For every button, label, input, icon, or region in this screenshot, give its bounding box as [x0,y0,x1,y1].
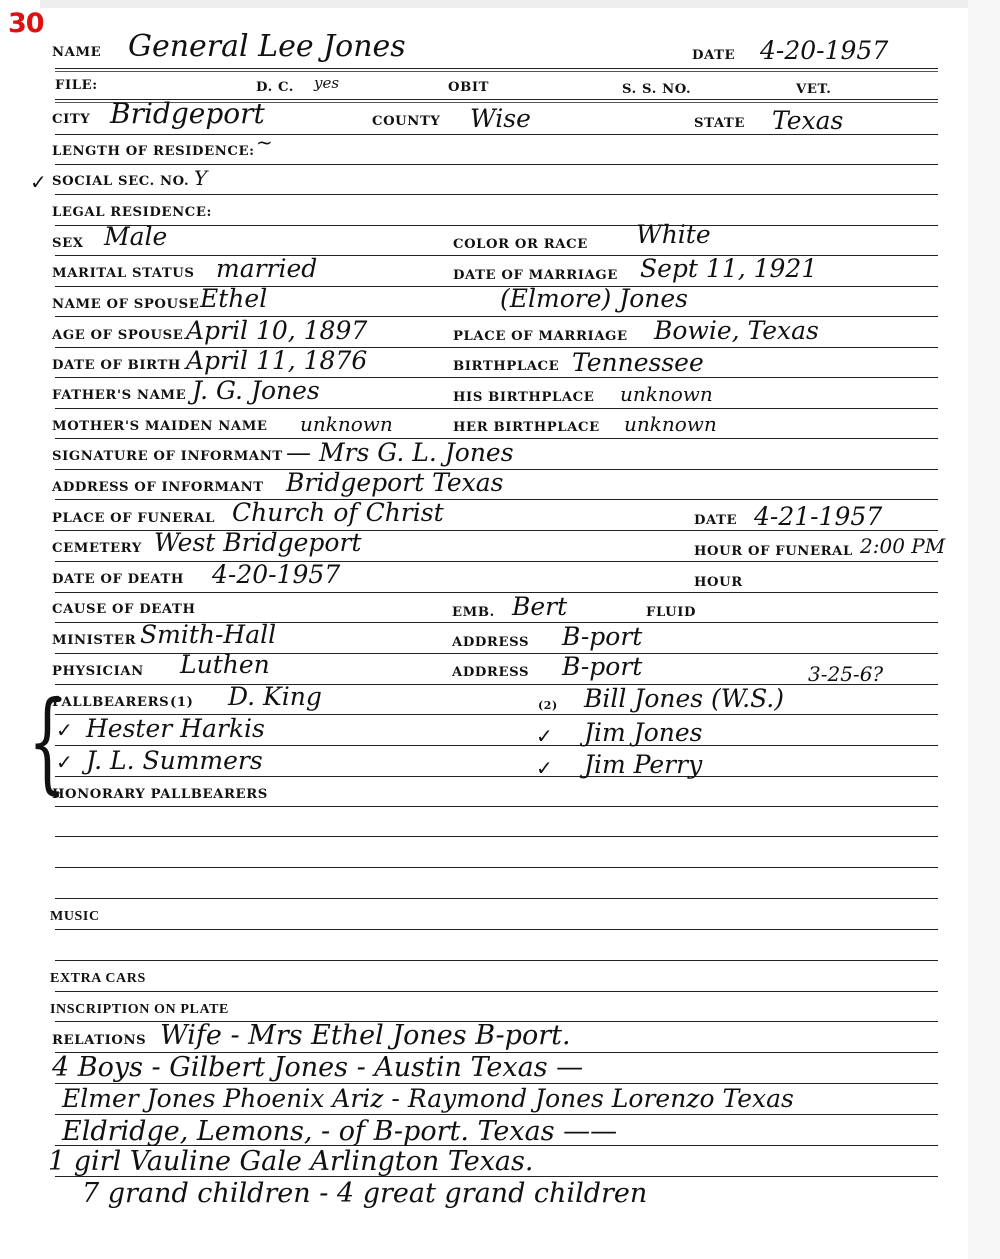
signature-of-informant-value: — Mrs G. L. Jones [286,440,514,465]
cause-of-death-label: CAUSE OF DEATH [52,602,196,617]
date-of-marriage-value: Sept 11, 1921 [640,256,817,281]
dc-value: yes [314,76,339,91]
obit-label: OBIT [448,80,489,95]
date-label: DATE [692,48,735,63]
inscription-on-plate-label: INSCRIPTION ON PLATE [50,1002,229,1018]
county-value: Wise [470,106,531,131]
minister-label: MINISTER [52,633,136,648]
pallbearer-name: Jim Jones [584,720,702,745]
form-line [55,898,938,899]
honorary-pallbearers-label: HONORARY PALLBEARERS [52,787,268,802]
relations-line: 1 girl Vauline Gale Arlington Texas. [48,1148,533,1175]
form-line [55,286,938,287]
age-of-spouse-value: April 10, 1897 [186,318,367,343]
form-line [55,194,938,195]
name-of-spouse-value: Ethel [200,286,267,311]
minister-value: Smith-Hall [140,622,276,647]
form-line [55,991,938,992]
form-line [55,776,938,777]
hour-label: HOUR [694,575,743,590]
date-of-marriage-label: DATE OF MARRIAGE [453,268,618,283]
pallbearer-name: J. L. Summers [86,748,263,773]
minister-address-value: B-port [562,624,642,649]
length-of-residence-label: LENGTH OF RESIDENCE: [52,144,255,159]
form-line [55,408,938,409]
fathers-name-label: FATHER'S NAME [52,388,186,403]
date-of-death-value: 4-20-1957 [212,562,340,587]
birthplace-label: BIRTHPLACE [453,359,559,374]
scan-edge-margin [968,0,1000,1259]
relations-line: Elmer Jones Phoenix Ariz - Raymond Jones… [62,1086,794,1111]
funeral-record-card: 30 NAME General Lee Jones DATE 4-20-1957… [0,0,1000,1259]
date-of-death-label: DATE OF DEATH [52,572,184,587]
check-mark-icon: ✓ [536,724,553,748]
address-of-informant-label: ADDRESS OF INFORMANT [52,480,264,495]
fathers-name-value: J. G. Jones [192,378,320,403]
form-line [55,684,938,685]
page-number-badge: 30 [8,8,44,39]
name-label: NAME [52,45,101,60]
pallbearer-name: Bill Jones (W.S.) [584,686,784,711]
color-or-race-label: COLOR OR RACE [453,237,588,252]
sex-label: SEX [52,236,84,251]
form-line [55,1114,938,1115]
address-of-informant-value: Bridgeport Texas [286,470,503,495]
fluid-label: FLUID [646,605,696,620]
minister-address-label: ADDRESS [452,635,529,650]
his-birthplace-label: HIS BIRTHPLACE [453,390,594,405]
vet-label: VET. [796,82,831,97]
county-label: COUNTY [372,114,440,129]
state-label: STATE [694,116,745,131]
relations-line: Wife - Mrs Ethel Jones B-port. [160,1022,571,1049]
place-of-funeral-value: Church of Christ [232,500,444,525]
emb-value: Bert [512,594,567,619]
form-line [55,592,938,593]
relations-line: 4 Boys - Gilbert Jones - Austin Texas — [52,1054,583,1081]
form-line [55,960,938,961]
signature-of-informant-label: SIGNATURE OF INFORMANT [52,449,283,464]
city-label: CITY [52,112,90,127]
pallbearer-name: Jim Perry [584,752,702,777]
cemetery-value: West Bridgeport [154,530,361,555]
age-of-spouse-label: AGE OF SPOUSE [52,328,183,343]
sex-value: Male [104,224,167,249]
place-of-marriage-label: PLACE OF MARRIAGE [453,329,628,344]
form-line [55,836,938,837]
marital-status-value: married [216,256,317,281]
file-label: FILE: [55,78,98,93]
physician-note: 3-25-6? [808,664,883,684]
scan-edge-shadow [40,0,970,8]
form-line [55,377,938,378]
legal-residence-label: LEGAL RESIDENCE: [52,205,212,220]
place-of-marriage-value: Bowie, Texas [654,318,819,343]
her-birthplace-label: HER BIRTHPLACE [453,420,600,435]
ss-no-label: S. S. NO. [622,82,691,97]
pallbearers-label: PALLBEARERS [52,695,169,710]
mothers-maiden-name-value: unknown [300,414,393,434]
pallbearer-name: Hester Harkis [86,716,265,741]
form-line [55,806,938,807]
music-label: MUSIC [50,909,100,925]
physician-address-label: ADDRESS [452,665,529,680]
date-of-birth-label: DATE OF BIRTH [52,358,181,373]
place-of-funeral-label: PLACE OF FUNERAL [52,511,215,526]
birthplace-value: Tennessee [572,350,704,375]
form-line [55,499,938,500]
city-value: Bridgeport [110,100,265,128]
name-of-spouse-label: NAME OF SPOUSE [52,297,199,312]
state-value: Texas [772,108,843,133]
social-sec-no-label: SOCIAL SEC. NO. [52,174,189,189]
mothers-maiden-name-label: MOTHER'S MAIDEN NAME [52,419,268,434]
check-mark-icon: ✓ [30,170,47,194]
emb-label: EMB. [452,605,495,620]
her-birthplace-value: unknown [624,414,717,434]
pallbearer-name: D. King [228,684,322,709]
form-line [55,68,938,69]
dc-label: D. C. [256,80,294,95]
date-value: 4-20-1957 [760,38,888,63]
name-value: General Lee Jones [128,32,406,62]
relations-line: Eldridge, Lemons, - of B-port. Texas —— [62,1118,617,1145]
physician-value: Luthen [180,652,270,677]
funeral-date-label: DATE [694,513,737,528]
name-of-spouse-value-continued: (Elmore) Jones [500,286,688,311]
relations-line: 7 grand children - 4 great grand childre… [82,1180,647,1207]
relations-label: RELATIONS [52,1033,146,1048]
check-mark-icon: ✓ [56,718,73,742]
form-line [55,164,938,165]
hour-of-funeral-value: 2:00 PM [860,536,945,556]
color-or-race-value: White [636,222,711,247]
length-of-residence-value: ~ [256,132,273,152]
marital-status-label: MARITAL STATUS [52,266,195,281]
physician-address-value: B-port [562,654,642,679]
funeral-date-value: 4-21-1957 [754,504,882,529]
pallbearer-number: (2) [538,699,558,712]
extra-cars-label: EXTRA CARS [50,971,146,987]
social-sec-no-value: Y [194,168,207,188]
check-mark-icon: ✓ [536,756,553,780]
date-of-birth-value: April 11, 1876 [186,348,367,373]
check-mark-icon: ✓ [56,750,73,774]
cemetery-label: CEMETERY [52,541,142,556]
form-line [55,929,938,930]
form-line [55,867,938,868]
his-birthplace-value: unknown [620,384,713,404]
form-line [55,561,938,562]
form-line [55,225,938,226]
pallbearer-number: (1) [170,695,193,710]
hour-of-funeral-label: HOUR OF FUNERAL [694,544,853,559]
